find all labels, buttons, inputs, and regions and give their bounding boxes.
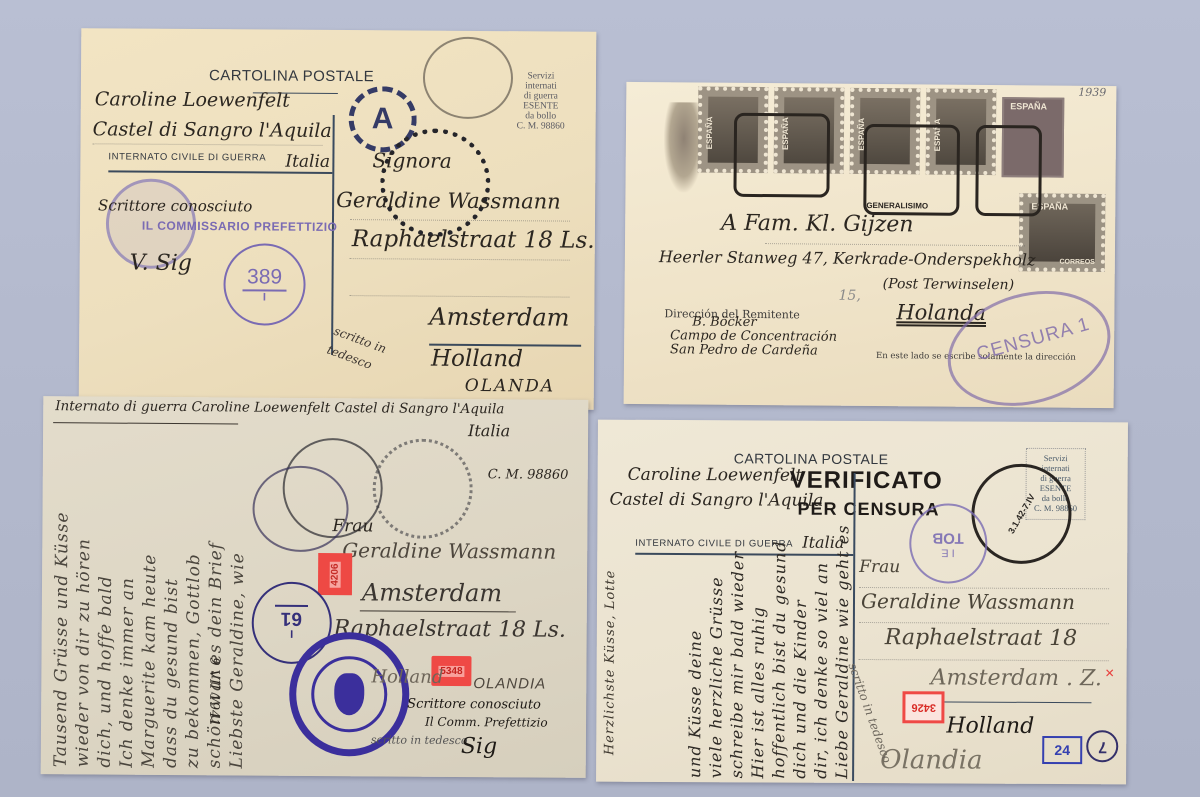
recipient-street: Raphaelstraat 18 Ls. <box>352 226 595 254</box>
recipient-family: A Fam. Kl. Gijzen <box>721 211 914 238</box>
recipient-title: Frau <box>332 516 373 536</box>
recipient-title: Signora <box>372 148 451 173</box>
censor-number-stamp: 389 I <box>223 243 306 326</box>
censor-oval-stamp: CENSURA 1 <box>934 273 1116 408</box>
sender-country: Italia <box>285 152 330 172</box>
censor-note-1: Scrittore conosciuto <box>407 697 541 713</box>
header-country: Italia <box>468 421 510 440</box>
recipient-name: Geraldine Wassmann <box>342 538 556 563</box>
recipient-title: Frau <box>859 557 900 577</box>
year-note: 1939 <box>1078 86 1106 99</box>
recipient-name: Geraldine Wassmann <box>336 188 561 214</box>
recipient-city: Amsterdam <box>429 303 569 332</box>
violet-stamp: TOB I E <box>909 503 987 583</box>
violet-stamp <box>252 466 349 553</box>
red-censor-stamp: 4206 <box>318 553 352 595</box>
letter-body: Liebe Geraldine wie geht es dir, ich den… <box>626 556 852 779</box>
side-note: scritto in tedesco <box>324 321 394 379</box>
header-note: Internato di guerra Caroline Loewenfelt … <box>55 398 504 417</box>
censor-banner-1: VERIFICATO <box>790 467 943 496</box>
cancel-box: GENERALISIMO <box>863 124 960 216</box>
blue-box-stamp: 24 <box>1042 736 1082 764</box>
recipient-country: Holland <box>431 346 523 373</box>
postcard-bottom-right: CARTOLINA POSTALE Caroline Loewenfelt Ca… <box>596 420 1128 785</box>
recipient-post: (Post Terwinselen) <box>883 276 1015 293</box>
franking-box: Servizi internati di guerra ESENTE da bo… <box>506 71 576 131</box>
censor-note: Scrittore conosciuto <box>98 196 252 215</box>
recipient-country-it: Olandia <box>880 745 982 776</box>
recipient-street: Heerler Stanweg 47, Kerkrade-Onderspekho… <box>659 247 1036 269</box>
postcard-bottom-left: Internato di guerra Caroline Loewenfelt … <box>41 396 589 778</box>
postcard-top-left: CARTOLINA POSTALE Caroline Loewenfelt Ca… <box>79 28 597 410</box>
commissario-stamp: IL COMMISSARIO PREFETTIZIO <box>142 219 338 234</box>
coat-of-arms-icon <box>334 673 364 715</box>
margin-text: Herzlichste Küsse, Lotte <box>602 570 618 756</box>
side-note: scritto in tedesco <box>371 733 468 747</box>
recipient-name: Geraldine Wassmann <box>861 589 1075 614</box>
recipient-city: Amsterdam . Z. <box>931 665 1102 691</box>
signature: V. Sig <box>130 251 192 276</box>
circle-mark-stamp: 7 <box>1086 730 1118 762</box>
censor-note-2: Il Comm. Prefettizio <box>425 715 548 730</box>
recipient-country-it: OLANDA <box>465 376 555 397</box>
red-censor-stamp: 3426 <box>902 691 944 723</box>
date-note: 9 VII 1941 <box>206 657 221 726</box>
recipient-country: Holland <box>371 666 443 688</box>
sender-name: Caroline Loewenfelt <box>628 465 803 486</box>
recipient-city: Amsterdam <box>362 578 502 607</box>
postmark <box>423 37 514 120</box>
recipient-street: Raphaelstraat 18 <box>885 625 1077 651</box>
note-15: 15, <box>838 288 860 304</box>
signature: Sig <box>461 734 497 759</box>
sender-label: INTERNATO CIVILE DI GUERRA <box>108 151 266 163</box>
franking-note: C. M. 98860 <box>488 467 569 483</box>
postmark <box>372 438 473 539</box>
recipient-country: Holland <box>946 713 1034 738</box>
sender-name: Caroline Loewenfelt <box>95 88 290 111</box>
sender-place: San Pedro de Cardeña <box>670 342 818 358</box>
cancel-box <box>733 113 830 198</box>
sender-location: Castel di Sangro l'Aquila <box>93 118 332 142</box>
postcard-header: CARTOLINA POSTALE <box>209 67 374 85</box>
letter-body: Liebste Geraldine, wie schön war es dein… <box>51 432 273 769</box>
postcard-top-right: 1939 ESPAÑA ESPAÑA ESPAÑA ESPAÑA ESPAÑA … <box>624 82 1117 408</box>
recipient-country-it: OLANDIA <box>473 675 546 693</box>
red-pencil-mark: ✕ <box>1105 666 1115 680</box>
cancel-box <box>975 125 1042 217</box>
